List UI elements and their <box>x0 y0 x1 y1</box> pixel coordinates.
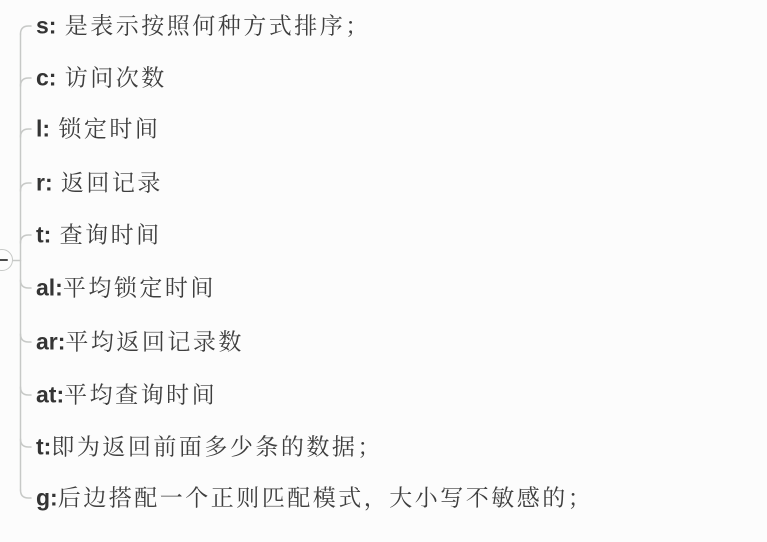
branch-line <box>21 280 32 288</box>
branch-line <box>21 334 32 342</box>
branch-line <box>21 439 32 447</box>
branch-line <box>21 387 32 395</box>
node-prefix: t: <box>36 221 51 247</box>
branch-line <box>21 78 32 86</box>
node-text: 后边搭配一个正则匹配模式，大小写不敏感的； <box>58 485 594 510</box>
node-prefix: t: <box>36 433 51 459</box>
node-prefix: l: <box>36 115 50 141</box>
collapse-minus-icon <box>0 259 8 261</box>
node-prefix: r: <box>36 169 53 195</box>
node-prefix: at: <box>36 381 64 407</box>
mindmap-node[interactable]: l: 锁定时间 <box>36 115 160 142</box>
node-prefix: ar: <box>36 328 65 354</box>
mindmap-canvas: s: 是表示按照何种方式排序；c: 访问次数l: 锁定时间r: 返回记录t: 查… <box>0 0 767 542</box>
mindmap-node[interactable]: al:平均锁定时间 <box>36 274 216 301</box>
node-text: 锁定时间 <box>50 116 160 141</box>
mindmap-node[interactable]: c: 访问次数 <box>36 64 167 91</box>
node-prefix: al: <box>36 274 63 300</box>
node-text: 查询时间 <box>51 222 161 247</box>
node-prefix: g: <box>36 484 58 510</box>
node-prefix: s: <box>36 12 56 38</box>
node-text: 平均查询时间 <box>64 382 217 407</box>
node-text: 是表示按照何种方式排序； <box>56 13 370 38</box>
node-text: 平均锁定时间 <box>63 275 216 300</box>
mindmap-node[interactable]: r: 返回记录 <box>36 169 163 196</box>
branch-line <box>21 129 32 137</box>
branch-line <box>21 183 32 191</box>
branch-line <box>21 26 32 34</box>
node-prefix: c: <box>36 64 56 90</box>
mindmap-node[interactable]: g:后边搭配一个正则匹配模式，大小写不敏感的； <box>36 484 593 511</box>
mindmap-node[interactable]: ar:平均返回记录数 <box>36 328 244 355</box>
node-text: 平均返回记录数 <box>65 329 244 354</box>
node-text: 返回记录 <box>53 170 163 195</box>
node-text: 访问次数 <box>56 65 166 90</box>
mindmap-node[interactable]: t:即为返回前面多少条的数据； <box>36 433 383 460</box>
branch-line <box>21 490 32 498</box>
mindmap-node[interactable]: at:平均查询时间 <box>36 381 217 408</box>
mindmap-node[interactable]: s: 是表示按照何种方式排序； <box>36 12 371 39</box>
mindmap-node[interactable]: t: 查询时间 <box>36 221 162 248</box>
branch-line <box>21 235 32 243</box>
node-text: 即为返回前面多少条的数据； <box>51 434 383 459</box>
